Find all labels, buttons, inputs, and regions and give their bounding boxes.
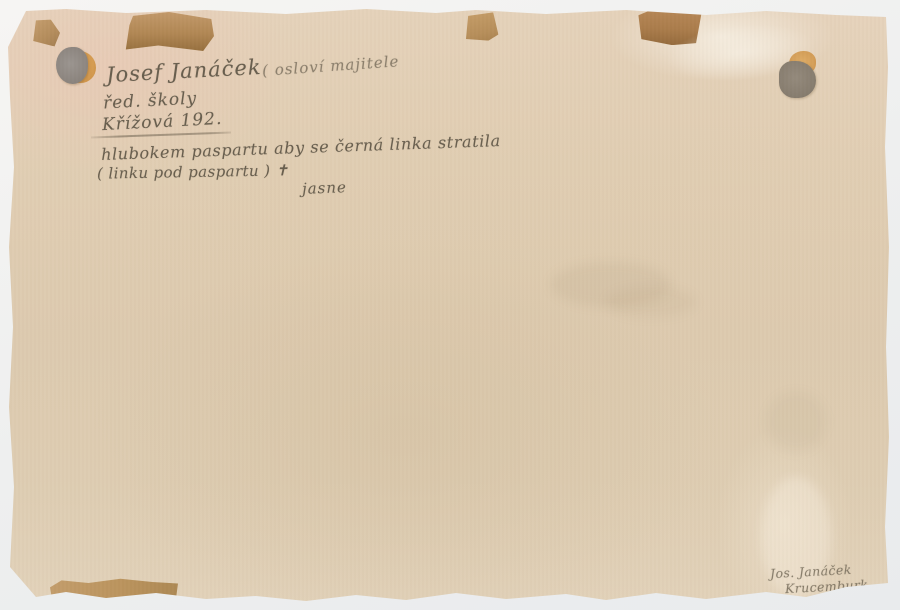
seal-remnant-grey-top-right [779,61,816,98]
seal-remnant-grey-top-left [56,47,88,84]
inscription-owner-name: Josef Janáček [105,55,262,87]
inscription-framing-note-line3: jasne [302,178,347,198]
pencil-smudge [606,287,696,317]
inscription-owner-note: ( osloví majitele [262,52,400,80]
inscription-owner-title: řed. školy [103,89,198,114]
tape-remnant-top-left-small [30,17,62,47]
tape-remnant-bottom-left [50,576,178,603]
paper-sheet-verso: Josef Janáček ( osloví majitele řed. ško… [6,7,890,601]
scan-backdrop: Josef Janáček ( osloví majitele řed. ško… [0,0,900,610]
inscription-signature-place: Krucemburk [785,577,869,596]
tape-remnant-top-left-strip [124,12,214,51]
inscription-framing-note-line2: ( linku pod paspartu ) ✝ [97,161,289,182]
tape-remnant-top-middle-small [463,12,498,42]
inscription-owner-address: Křížová 192. [102,109,223,135]
faint-impression [766,392,826,452]
